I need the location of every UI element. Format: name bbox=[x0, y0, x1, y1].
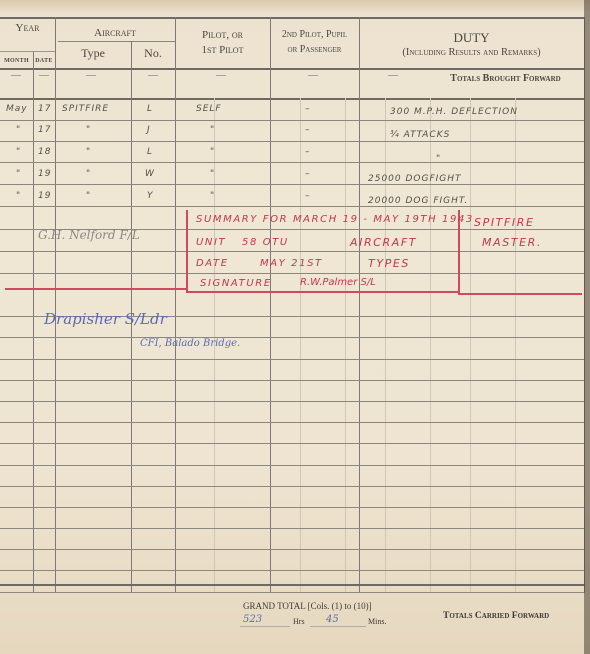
summary-date-value: MAY 21ST bbox=[260, 258, 323, 269]
entry-no: L bbox=[147, 147, 153, 157]
summary-type-spitfire: SPITFIRE bbox=[474, 216, 535, 229]
dash: — bbox=[308, 70, 318, 81]
summary-unit-value: 58 OTU bbox=[242, 237, 289, 248]
entry-no: J bbox=[147, 125, 151, 135]
summary-types-label: TYPES bbox=[368, 257, 410, 270]
dash: — bbox=[11, 70, 21, 81]
row-rule bbox=[0, 507, 585, 508]
entry-type: " bbox=[86, 147, 91, 157]
entry-type: " bbox=[86, 169, 91, 179]
hours-label: Hrs bbox=[293, 617, 305, 626]
col-month-date-divider bbox=[33, 52, 34, 593]
summary-red-rule-left bbox=[5, 288, 187, 290]
entry-pilot: " bbox=[210, 125, 215, 135]
row-rule bbox=[0, 465, 585, 466]
entry-second: – bbox=[305, 125, 311, 135]
pencil-signature: G.H. Nelford F/L bbox=[38, 228, 140, 242]
entry-month: " bbox=[16, 169, 21, 179]
row-rule bbox=[0, 273, 585, 274]
entry-month: May bbox=[6, 104, 28, 114]
summary-signature-label: SIGNATURE bbox=[200, 278, 272, 289]
hours-underline bbox=[240, 626, 290, 627]
dash: — bbox=[216, 70, 226, 81]
dash: — bbox=[148, 70, 158, 81]
header-top-rule bbox=[0, 17, 585, 19]
header-month: Month bbox=[0, 58, 33, 65]
faint-ruling bbox=[345, 98, 346, 593]
mins-underline bbox=[310, 626, 366, 627]
header-duty: DUTY bbox=[359, 31, 584, 46]
header-duty-sub: (Including Results and Remarks) bbox=[359, 47, 584, 59]
aircraft-subheader-rule bbox=[58, 41, 175, 42]
entry-date: 17 bbox=[38, 104, 51, 114]
row-rule bbox=[0, 141, 585, 142]
header-second-pilot-line2: or Passenger bbox=[270, 44, 359, 56]
entry-second: – bbox=[305, 191, 311, 201]
summary-unit-label: UNIT bbox=[196, 237, 226, 248]
logbook-page: Year Month Date Aircraft Type No. Pilot,… bbox=[0, 0, 590, 654]
dash: — bbox=[39, 70, 49, 81]
entry-date: 19 bbox=[38, 169, 51, 179]
row-rule bbox=[0, 401, 585, 402]
header-second-pilot-line1: 2nd Pilot, Pupil bbox=[270, 29, 359, 41]
entry-month: " bbox=[16, 125, 21, 135]
entry-pilot: SELF bbox=[196, 104, 222, 114]
row-rule bbox=[0, 184, 585, 185]
blue-signature-unit: CFI, Balado Bridge. bbox=[140, 338, 240, 349]
summary-aircraft-label: AIRCRAFT bbox=[350, 236, 417, 249]
row-rule bbox=[0, 162, 585, 163]
summary-type-master: MASTER. bbox=[482, 236, 542, 249]
entry-second: – bbox=[305, 169, 311, 179]
header-aircraft-no: No. bbox=[131, 47, 175, 61]
dash: — bbox=[86, 70, 96, 81]
entry-duty: 300 M.P.H. DEFLECTION bbox=[390, 107, 518, 117]
table-bottom-rule-2 bbox=[0, 592, 585, 593]
entry-pilot: " bbox=[210, 191, 215, 201]
page-top-shadow bbox=[0, 0, 590, 14]
header-aircraft-type: Type bbox=[55, 47, 131, 61]
entry-no: L bbox=[147, 104, 153, 114]
row-rule bbox=[0, 251, 585, 252]
entry-date: 18 bbox=[38, 147, 51, 157]
entry-month: " bbox=[16, 147, 21, 157]
entry-duty: " bbox=[436, 154, 441, 164]
entry-type: " bbox=[86, 191, 91, 201]
entry-pilot: " bbox=[210, 169, 215, 179]
entry-second: – bbox=[305, 147, 311, 157]
entry-no: W bbox=[145, 169, 155, 179]
header-pilot-line2: 1st Pilot bbox=[175, 44, 270, 57]
grand-total-hours: 523 bbox=[243, 614, 262, 625]
row-rule bbox=[0, 528, 585, 529]
summary-red-rule-right bbox=[458, 293, 582, 295]
entry-date: 17 bbox=[38, 125, 51, 135]
summary-box-left bbox=[186, 210, 188, 292]
faint-ruling bbox=[470, 98, 471, 593]
entry-duty: 20000 DOG FIGHT. bbox=[368, 196, 468, 206]
row-rule bbox=[0, 549, 585, 550]
entry-month: " bbox=[16, 191, 21, 201]
faint-ruling bbox=[430, 98, 431, 593]
row-rule bbox=[0, 337, 585, 338]
summary-title: SUMMARY FOR MARCH 19 - MAY 19TH 1943 bbox=[196, 214, 474, 225]
blue-signature: Drapisher S/Ldr bbox=[44, 310, 167, 328]
totals-brought-forward: Totals Brought Forward bbox=[428, 73, 583, 85]
entry-type: " bbox=[86, 125, 91, 135]
header-date: Date bbox=[33, 58, 55, 65]
entry-date: 19 bbox=[38, 191, 51, 201]
entry-no: Y bbox=[147, 191, 154, 201]
row-rule bbox=[0, 443, 585, 444]
summary-date-label: DATE bbox=[196, 258, 229, 269]
faint-ruling bbox=[385, 98, 386, 593]
faint-ruling bbox=[300, 98, 301, 593]
grand-total-label: GRAND TOTAL [Cols. (1) to (10)] bbox=[243, 601, 372, 611]
row-rule bbox=[0, 422, 585, 423]
summary-signature-value: R.W.Palmer S/L bbox=[300, 277, 376, 288]
summary-red-rule-mid bbox=[186, 291, 460, 293]
row-rule bbox=[0, 380, 585, 381]
header-year: Year bbox=[0, 22, 55, 35]
table-bottom-rule bbox=[0, 584, 585, 586]
grand-total-mins: 45 bbox=[326, 614, 339, 625]
dash: — bbox=[388, 70, 398, 81]
header-pilot-line1: Pilot, or bbox=[175, 29, 270, 42]
year-divider bbox=[0, 51, 55, 52]
entry-type: SPITFIRE bbox=[62, 104, 109, 114]
header-aircraft: Aircraft bbox=[55, 27, 175, 40]
entry-second: – bbox=[305, 104, 311, 114]
page-right-edge bbox=[584, 0, 590, 654]
row-rule bbox=[0, 359, 585, 360]
mins-label: Mins. bbox=[368, 617, 386, 626]
row-rule bbox=[0, 120, 585, 121]
entry-duty: 25000 DOGFIGHT bbox=[368, 174, 462, 184]
brought-forward-rule bbox=[0, 98, 585, 100]
totals-carried-forward: Totals Carried Forward bbox=[443, 611, 549, 621]
row-rule bbox=[0, 570, 585, 571]
faint-ruling bbox=[515, 98, 516, 593]
entry-pilot: " bbox=[210, 147, 215, 157]
row-rule bbox=[0, 206, 585, 207]
entry-duty: ¾ ATTACKS bbox=[390, 130, 450, 140]
row-rule bbox=[0, 486, 585, 487]
